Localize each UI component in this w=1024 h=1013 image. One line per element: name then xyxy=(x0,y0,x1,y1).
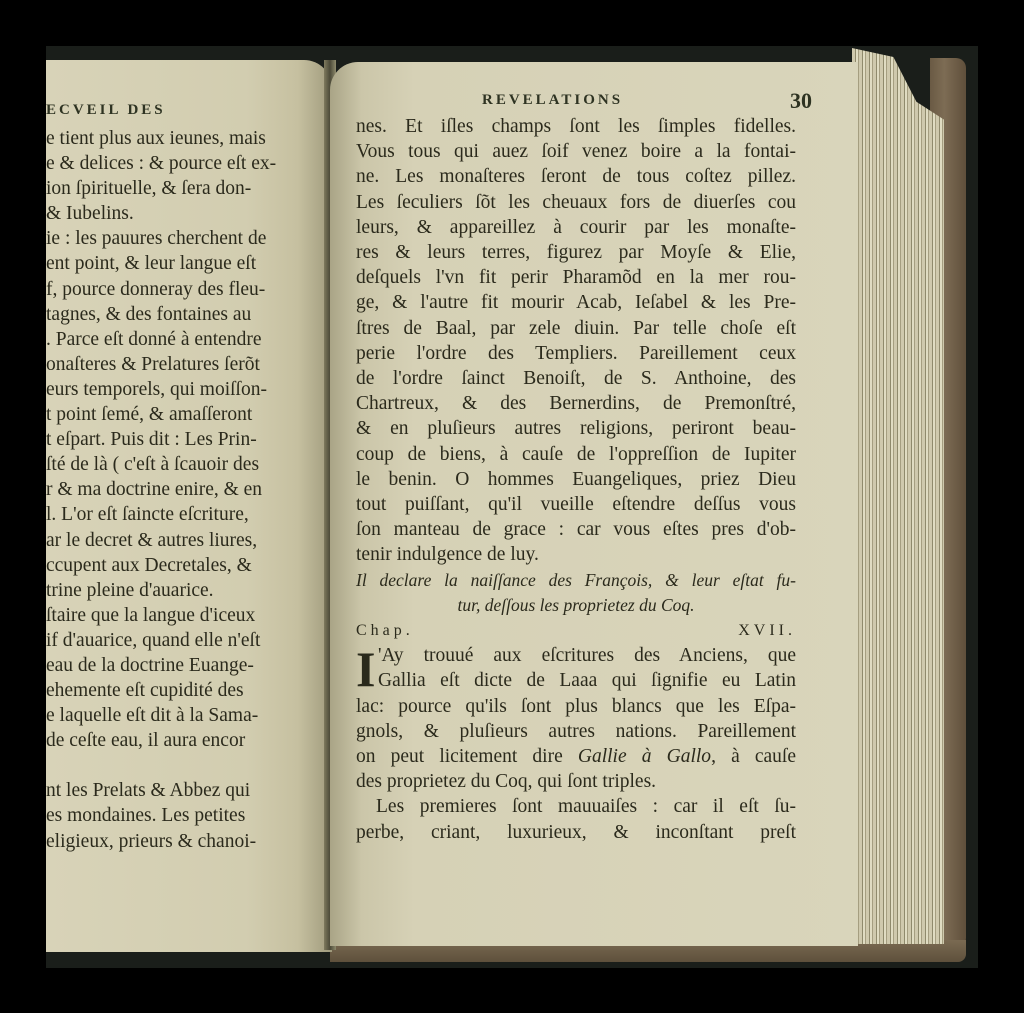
page-number: 30 xyxy=(790,88,812,114)
text-line: leurs, & appareillez à courir par les mo… xyxy=(356,215,796,240)
text-line: eau de la doctrine Euange- xyxy=(46,653,332,678)
text-line: tout puiſſant, qu'il vueille eſtendre de… xyxy=(356,492,796,517)
text-line: e tient plus aux ieunes, mais xyxy=(46,126,332,151)
right-page: Revelations 30 nes. Et iſles champs ſont… xyxy=(330,62,858,946)
italic-phrase: Gallie à Gallo xyxy=(578,746,711,767)
text-line: l. L'or eſt ſaincte eſcriture, xyxy=(46,502,332,527)
text-line: ſon manteau de grace : car vous eſtes pr… xyxy=(356,517,796,542)
left-page: ecveil des e tient plus aux ieunes, mais… xyxy=(46,60,332,952)
text-line: 'Ay trouué aux eſcritures des Anciens, q… xyxy=(378,643,796,668)
text-span: on peut licitement dire xyxy=(356,746,563,767)
text-line: nt les Prelats & Abbez qui xyxy=(46,778,332,803)
text-line: ent point, & leur langue eſt xyxy=(46,251,332,276)
text-line: gnols, & pluſieurs autres nations. Parei… xyxy=(356,719,796,744)
right-page-text: nes. Et iſles champs ſont les ſimples fi… xyxy=(356,114,796,845)
text-line: ccupent aux Decretales, & xyxy=(46,553,332,578)
chapter-heading: Chap. XVII. xyxy=(356,618,796,643)
right-running-head: Revelations xyxy=(482,92,623,109)
chapter-summary-line: tur, deſſous les proprietez du Coq. xyxy=(356,593,796,618)
text-line: . Parce eſt donné à entendre xyxy=(46,327,332,352)
text-line: onaſteres & Prelatures ſerõt xyxy=(46,352,332,377)
text-line: des proprietez du Coq, qui ſont triples. xyxy=(356,769,796,794)
left-running-head: ecveil des xyxy=(46,102,166,119)
section-gap xyxy=(46,753,332,778)
text-line: e & delices : & pource eſt ex- xyxy=(46,151,332,176)
text-line: ſté de là ( c'eſt à ſcauoir des xyxy=(46,452,332,477)
text-line: Les ſeculiers ſõt les cheuaux fors de di… xyxy=(356,190,796,215)
fore-edge-pages xyxy=(852,48,944,944)
chapter-opening: I 'Ay trouué aux eſcritures des Anciens,… xyxy=(356,643,796,693)
text-line: le benin. O hommes Euangeliques, priez D… xyxy=(356,467,796,492)
text-line: tenir indulgence de luy. xyxy=(356,542,796,567)
text-line: Les premieres ſont mauuaiſes : car il eſ… xyxy=(356,794,796,819)
text-line: ion ſpirituelle, & ſera don- xyxy=(46,176,332,201)
text-line: tagnes, & des fontaines au xyxy=(46,302,332,327)
text-line: es mondaines. Les petites xyxy=(46,803,332,828)
text-line: de ceſte eau, il aura encor xyxy=(46,728,332,753)
left-page-text: e tient plus aux ieunes, mais e & delice… xyxy=(46,126,332,854)
text-line: ie : les pauures cherchent de xyxy=(46,226,332,251)
text-line: & Iubelins. xyxy=(46,201,332,226)
text-line: ge, & l'autre fit mourir Acab, Ieſabel &… xyxy=(356,290,796,315)
text-line: ar le decret & autres liures, xyxy=(46,528,332,553)
text-line: perbe, criant, luxurieux, & inconſtant p… xyxy=(356,820,796,845)
text-line: Gallia eſt dicte de Laaa qui ſignifie eu… xyxy=(378,668,796,693)
text-line: e laquelle eſt dit à la Sama- xyxy=(46,703,332,728)
text-line: eligieux, prieurs & chanoi- xyxy=(46,829,332,854)
text-line: ne. Les monaſteres ſeront de tous coſtez… xyxy=(356,164,796,189)
text-line: Vous tous qui auez ſoif venez boire a la… xyxy=(356,139,796,164)
text-line: de l'ordre ſainct Benoiſt, de S. Anthoin… xyxy=(356,366,796,391)
text-line: Chartreux, & des Bernerdins, de Premonſt… xyxy=(356,391,796,416)
text-line: if d'auarice, quand elle n'eſt xyxy=(46,628,332,653)
text-line-with-italic: on peut licitement dire Gallie à Gallo, … xyxy=(356,744,796,769)
text-line: f, pource donneray des fleu- xyxy=(46,277,332,302)
text-line: perie l'ordre des Templiers. Pareillemen… xyxy=(356,341,796,366)
text-line: ſtaire que la langue d'iceux xyxy=(46,603,332,628)
chapter-summary-line: Il declare la naiſſance des François, & … xyxy=(356,568,796,593)
text-line: res & leurs terres, figurez par Moyſe & … xyxy=(356,240,796,265)
text-line: r & ma doctrine enire, & en xyxy=(46,477,332,502)
text-line: & en pluſieurs autres religions, periron… xyxy=(356,416,796,441)
text-line: eurs temporels, qui moiſſon- xyxy=(46,377,332,402)
drop-cap: I xyxy=(356,647,375,691)
text-line: ſtres de Baal, par zele diuin. Par telle… xyxy=(356,316,796,341)
text-line: coup de biens, à cauſe de l'oppreſſion d… xyxy=(356,442,796,467)
text-line: nes. Et iſles champs ſont les ſimples fi… xyxy=(356,114,796,139)
text-span: , à cauſe xyxy=(711,746,796,767)
text-line: trine pleine d'auarice. xyxy=(46,578,332,603)
text-line: deſquels l'vn fit perir Pharamõd en la m… xyxy=(356,265,796,290)
text-line: t point ſemé, & amaſſeront xyxy=(46,402,332,427)
text-line: t eſpart. Puis dit : Les Prin- xyxy=(46,427,332,452)
text-line: ehemente eſt cupidité des xyxy=(46,678,332,703)
text-line: lac: pource qu'ils ſont plus blancs que … xyxy=(356,694,796,719)
